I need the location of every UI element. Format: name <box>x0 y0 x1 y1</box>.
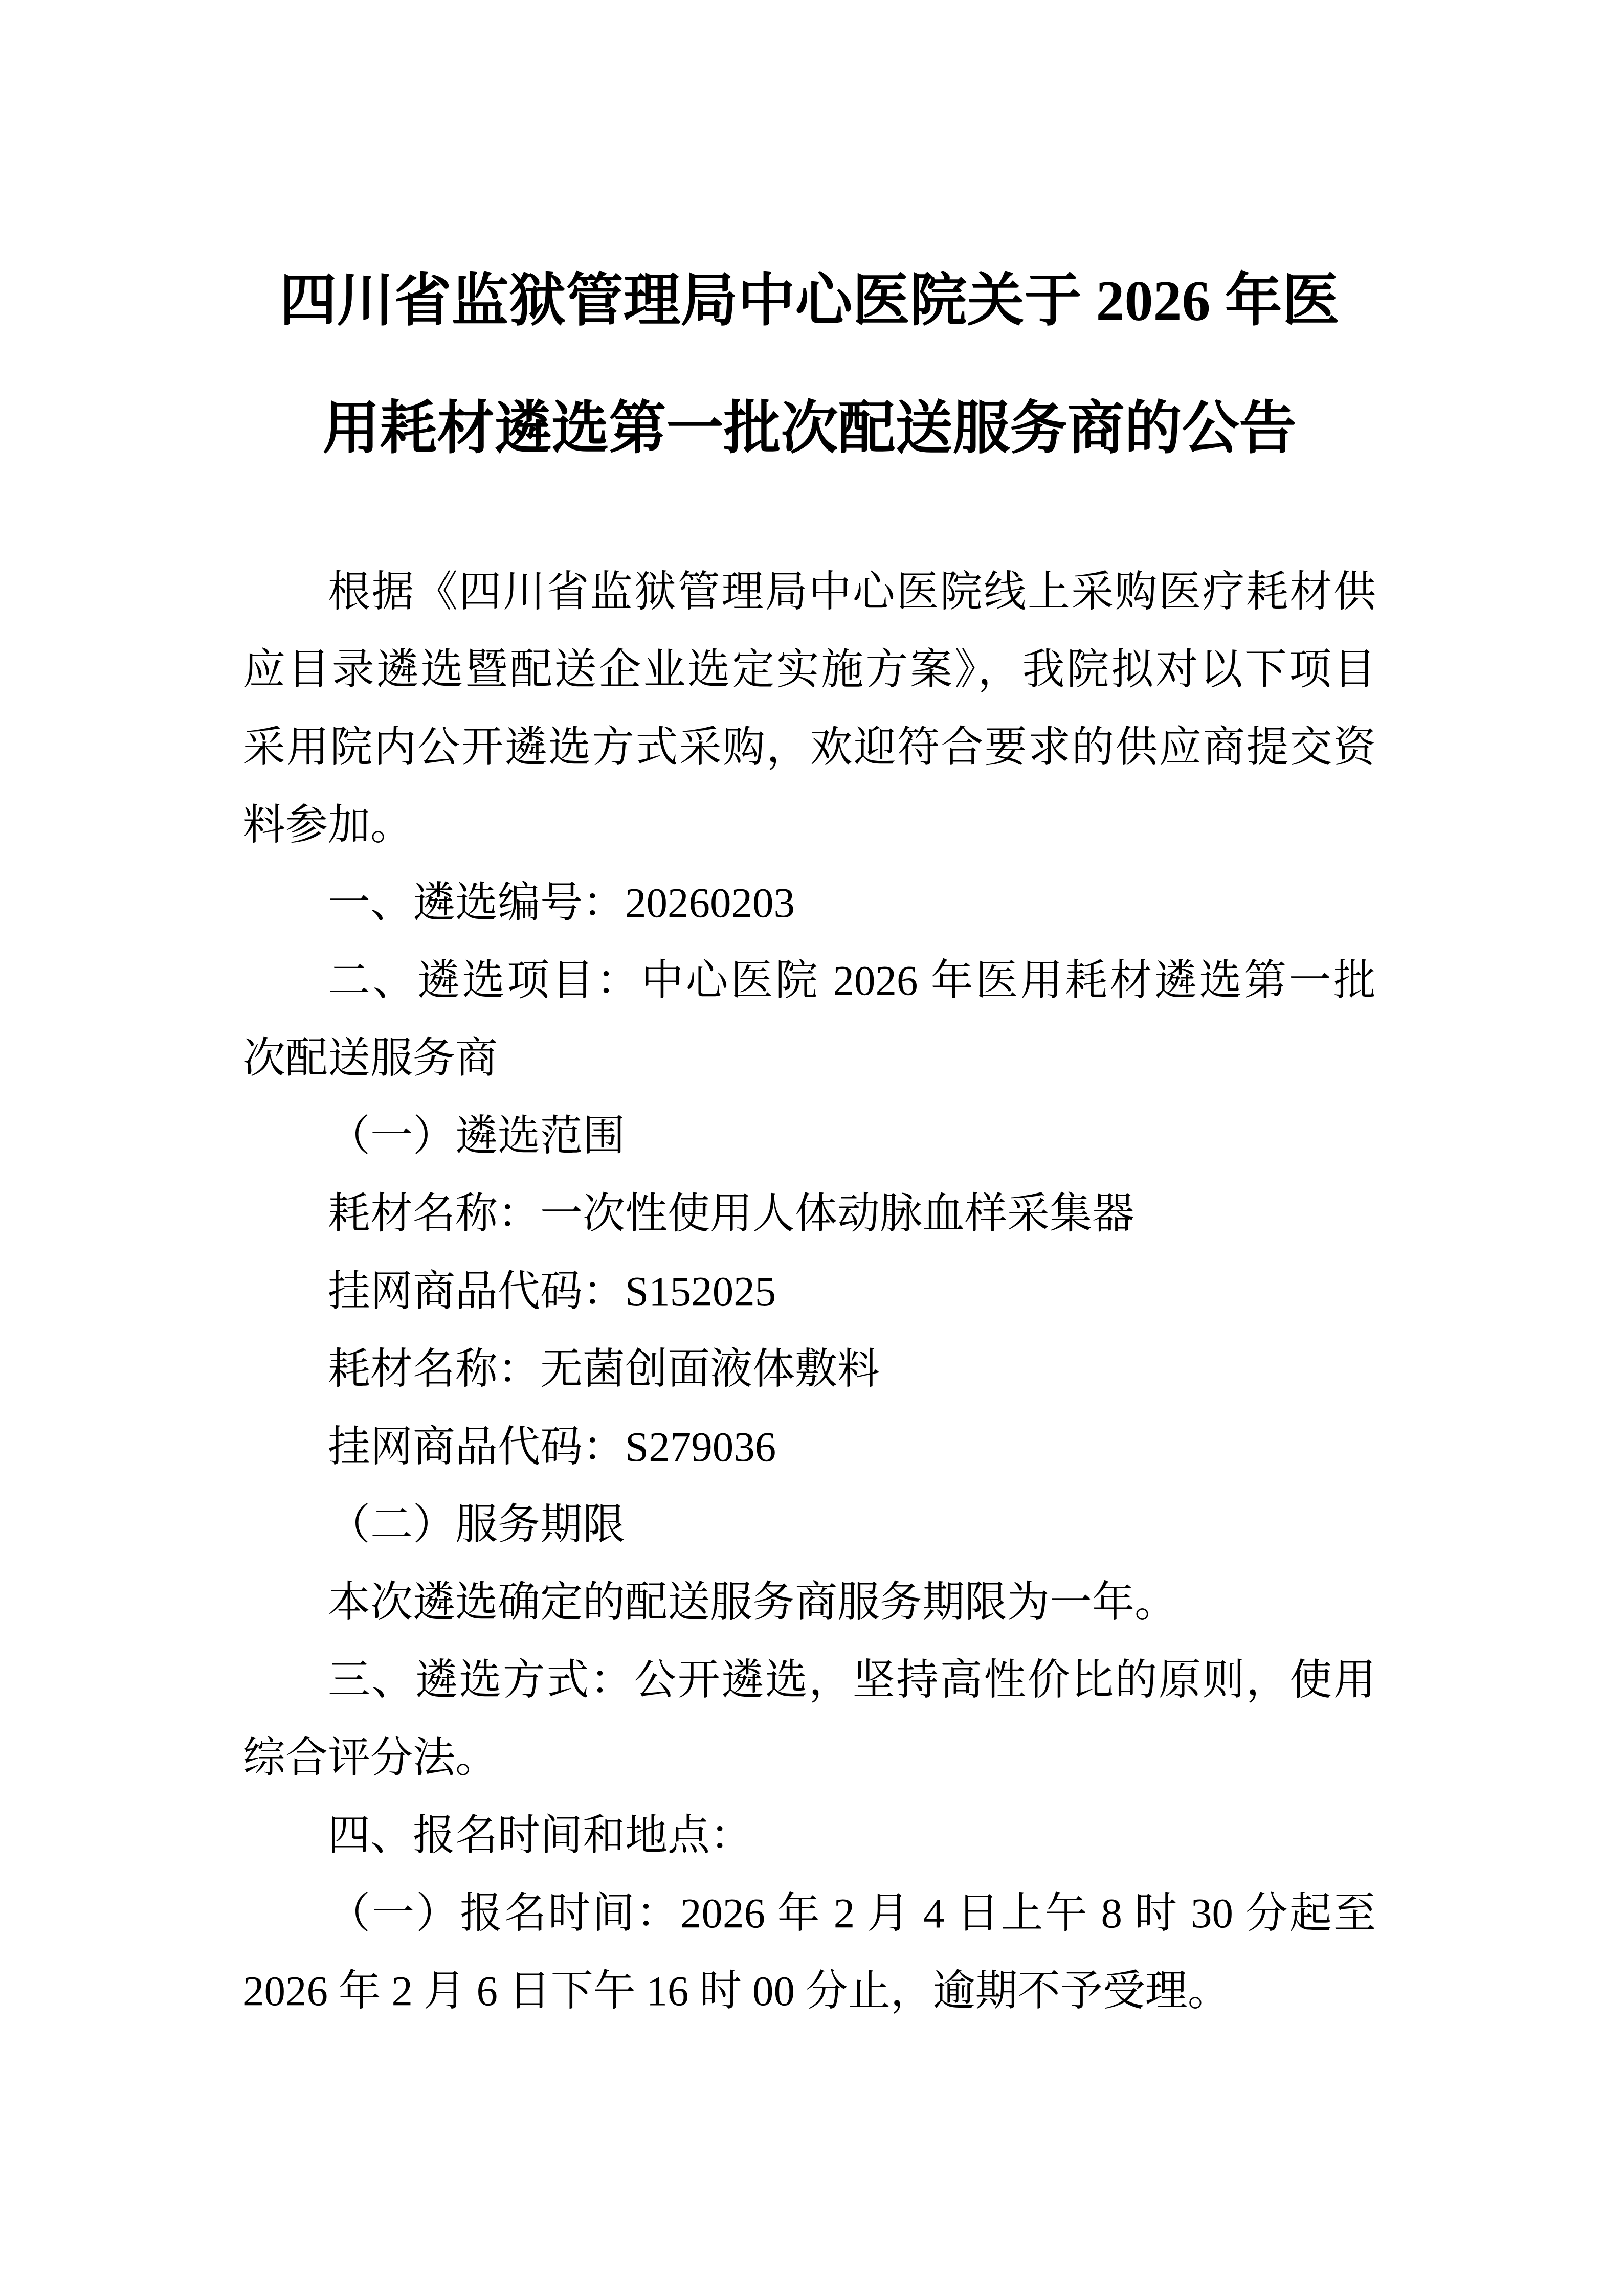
intro-line-3: 采用院内公开遴选方式采购，欢迎符合要求的供应商提交资 <box>243 708 1376 786</box>
title-line-2: 用耗材遴选第一批次配送服务商的公告 <box>243 365 1376 493</box>
document-title: 四川省监狱管理局中心医院关于 2026 年医 用耗材遴选第一批次配送服务商的公告 <box>243 237 1376 493</box>
heading-service-period: （二）服务期限 <box>243 1485 1376 1563</box>
title-line-1: 四川省监狱管理局中心医院关于 2026 年医 <box>243 237 1376 365</box>
document-body: 根据《四川省监狱管理局中心医院线上采购医疗耗材供 应目录遴选暨配送企业选定实施方… <box>243 553 1376 2030</box>
intro-line-4: 料参加。 <box>243 786 1376 864</box>
intro-line-2: 应目录遴选暨配送企业选定实施方案》，我院拟对以下项目 <box>243 631 1376 708</box>
selection-project-line-2: 次配送服务商 <box>243 1019 1376 1097</box>
intro-line-1: 根据《四川省监狱管理局中心医院线上采购医疗耗材供 <box>243 553 1376 631</box>
selection-method-line-2: 综合评分法。 <box>243 1719 1376 1796</box>
product-code-1-line: 挂网商品代码：S152025 <box>243 1252 1376 1330</box>
service-period-line: 本次遴选确定的配送服务商服务期限为一年。 <box>243 1563 1376 1641</box>
registration-time-line-1: （一）报名时间：2026 年 2 月 4 日上午 8 时 30 分起至 <box>243 1874 1376 1952</box>
registration-time-line-2: 2026 年 2 月 6 日下午 16 时 00 分止，逾期不予受理。 <box>243 1952 1376 2030</box>
document-content: 四川省监狱管理局中心医院关于 2026 年医 用耗材遴选第一批次配送服务商的公告… <box>243 237 1376 2030</box>
selection-project-line-1: 二、遴选项目：中心医院 2026 年医用耗材遴选第一批 <box>243 941 1376 1019</box>
announcement-page: 四川省监狱管理局中心医院关于 2026 年医 用耗材遴选第一批次配送服务商的公告… <box>0 0 1624 2296</box>
selection-method-line-1: 三、遴选方式：公开遴选，坚持高性价比的原则，使用 <box>243 1641 1376 1719</box>
consumable-name-2-line: 耗材名称：无菌创面液体敷料 <box>243 1330 1376 1408</box>
consumable-name-1-line: 耗材名称：一次性使用人体动脉血样采集器 <box>243 1175 1376 1252</box>
heading-selection-scope: （一）遴选范围 <box>243 1097 1376 1175</box>
product-code-2-line: 挂网商品代码：S279036 <box>243 1408 1376 1485</box>
selection-number-line: 一、遴选编号：20260203 <box>243 864 1376 941</box>
heading-registration: 四、报名时间和地点： <box>243 1796 1376 1874</box>
